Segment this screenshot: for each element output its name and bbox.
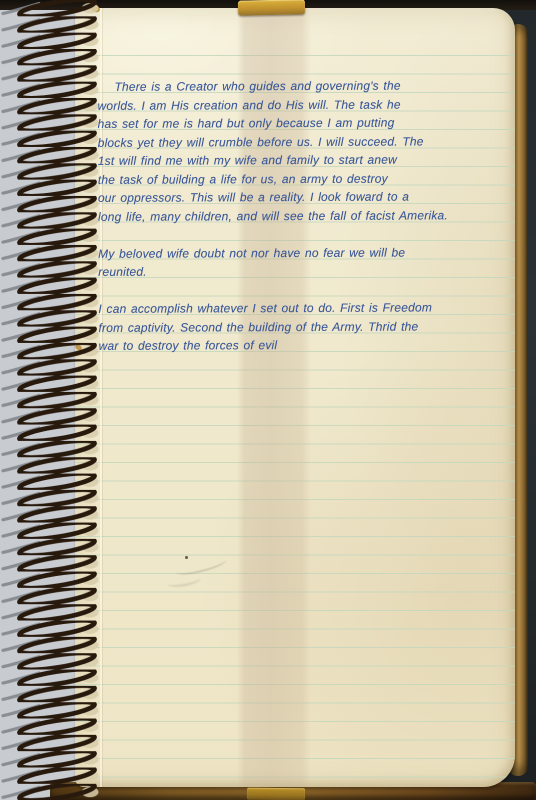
ink-dot [185,556,188,559]
gold-tape-top [238,0,305,16]
gold-tape-bottom [247,788,305,800]
handwritten-line: 1st will find me with my wife and family… [98,150,512,170]
handwritten-line: worlds. I am His creation and do His wil… [97,95,511,115]
handwritten-line: our oppressors. This will be a reality. … [98,187,512,207]
handwritten-line: war to destroy the forces of evil [99,335,513,355]
handwritten-line: blocks yet they will crumble before us. … [98,132,512,152]
handwritten-line: long life, many children, and will see t… [98,206,512,226]
handwritten-text: There is a Creator who guides and govern… [97,76,512,355]
handwritten-line: I can accomplish whatever I set out to d… [98,298,512,318]
handwritten-line: has set for me is hard but only because … [98,113,512,133]
notebook-page: There is a Creator who guides and govern… [75,8,515,787]
blank-line [98,224,512,244]
handwritten-line: the task of building a life for us, an a… [98,169,512,189]
spiral-binding [0,0,108,800]
handwritten-line: reunited. [98,261,512,281]
handwritten-line: My beloved wife doubt not nor have no fe… [98,243,512,263]
notebook-scan: There is a Creator who guides and govern… [0,0,536,800]
blank-line [98,280,512,300]
handwritten-line: from captivity. Second the building of t… [98,317,512,337]
handwritten-line: There is a Creator who guides and govern… [97,76,511,96]
